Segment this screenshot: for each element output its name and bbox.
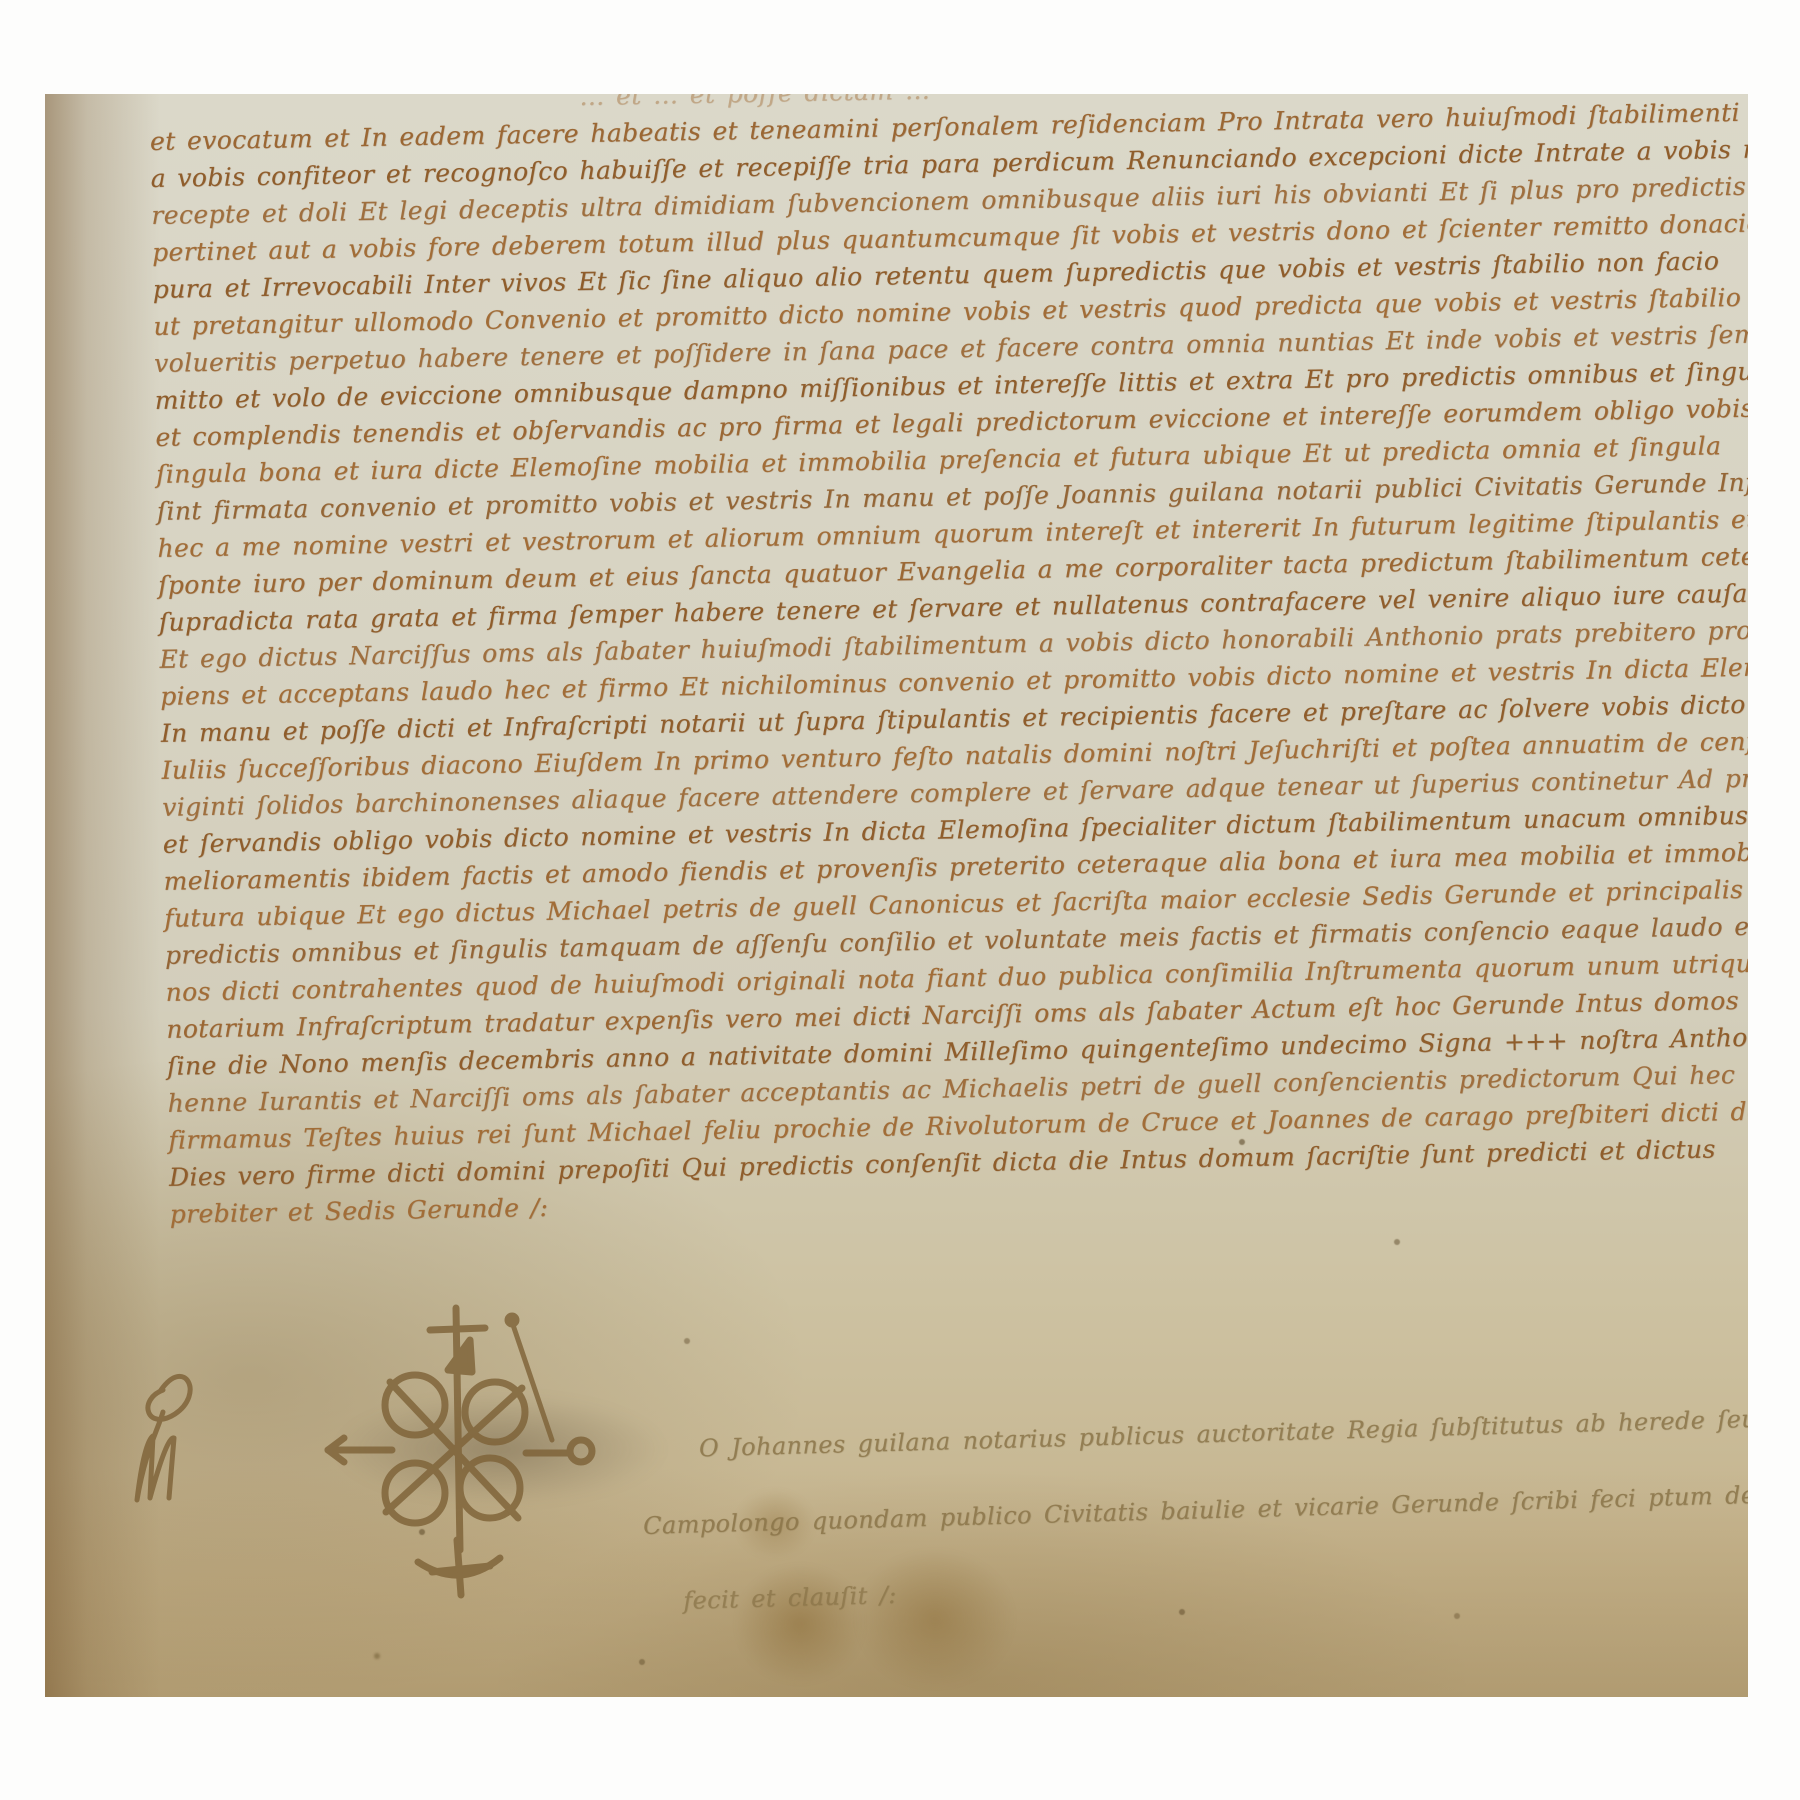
notary-paraph-n-icon: [113, 1342, 203, 1532]
charter-body-text: … et … et poſſe dictam … et evocatum et …: [149, 94, 1748, 1233]
parchment-photo: … et … et poſſe dictam … et evocatum et …: [45, 94, 1748, 1697]
screenshot-page: … et … et poſſe dictam … et evocatum et …: [0, 0, 1800, 1800]
notarial-signum-icon: [320, 1300, 600, 1610]
notarial-subscription: O Johannes guilana notarius publicus auc…: [640, 1376, 1748, 1640]
parchment-specks: [45, 94, 49, 98]
